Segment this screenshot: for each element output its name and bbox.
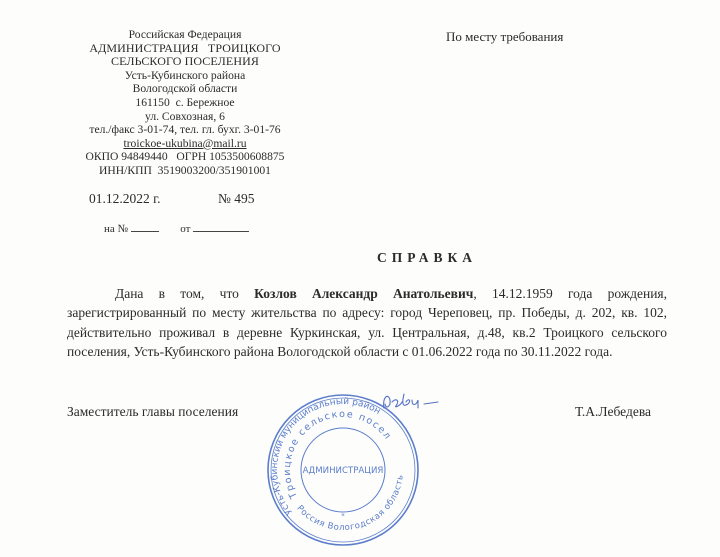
stamp-bottom-text: Россия Вологодская область [294,474,405,533]
letterhead-phone: тел./факс 3-01-74, тел. гл. бухг. 3-01-7… [60,123,310,137]
person-name: Козлов Александр Анатольевич [254,286,473,301]
addressee: По месту требования [446,29,563,45]
reference-number-label: на № [104,223,128,235]
document-title: СПРАВКА [377,250,477,266]
document-date: 01.12.2022 г. [89,191,161,207]
signatory-name: Т.А.Лебедева [575,404,651,420]
letterhead-postal: 161150 с. Бережное [60,96,310,110]
stamp-star-icon: * [341,512,345,520]
stamp-center-text: АДМИНИСТРАЦИЯ [303,466,384,476]
letterhead-org-line2: СЕЛЬСКОГО ПОСЕЛЕНИЯ [60,55,310,69]
document-number: № 495 [218,191,255,207]
letterhead-country: Российская Федерация [60,28,310,42]
letterhead: Российская Федерация АДМИНИСТРАЦИЯ ТРОИЦ… [60,28,310,178]
reference-line: на № от [104,221,249,235]
letterhead-street: ул. Совхозная, 6 [60,110,310,124]
reference-number-blank [131,221,159,232]
letterhead-district: Усть-Кубинского района [60,69,310,83]
letterhead-email-link[interactable]: troickoe-ukubina@mail.ru [123,137,246,150]
letterhead-org-line1: АДМИНИСТРАЦИЯ ТРОИЦКОГО [60,42,310,56]
letterhead-region: Вологодской области [60,82,310,96]
signatory-position: Заместитель главы поселения [67,404,238,420]
svg-text:Россия Вологодская область: Россия Вологодская область [294,474,405,533]
document-page: Российская Федерация АДМИНИСТРАЦИЯ ТРОИЦ… [0,0,720,557]
reference-date-label: от [180,223,190,235]
letterhead-okpo-ogrn: ОКПО 94849440 ОГРН 1053500608875 [60,150,310,164]
official-stamp: Усть-Кубинский муниципальный район Троиц… [265,392,421,548]
certificate-body: Дана в том, что Козлов Александр Анатоль… [67,284,667,361]
reference-date-blank [193,221,249,232]
body-intro: Дана в том, что [115,286,239,301]
letterhead-inn-kpp: ИНН/КПП 3519003200/351901001 [60,164,310,178]
